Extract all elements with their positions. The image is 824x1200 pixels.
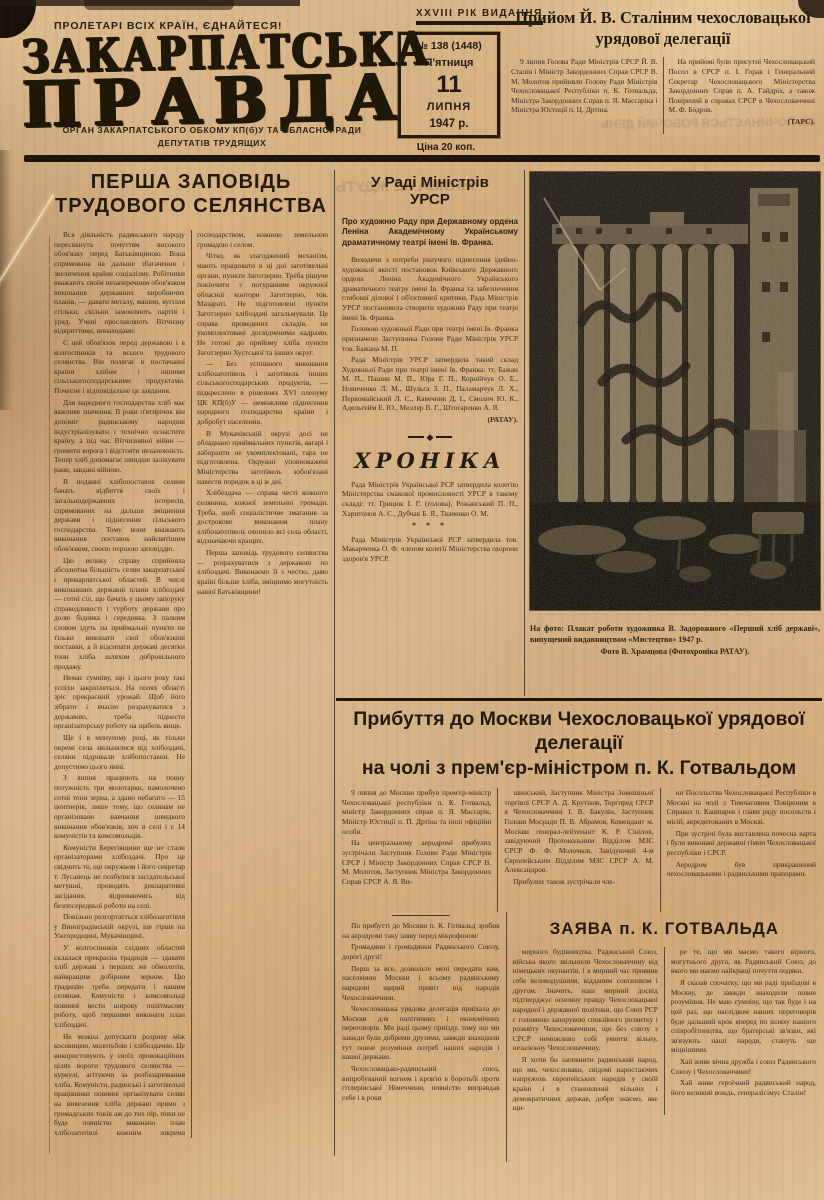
arrival-title-line2: на чолі з прем'єр-міністром п. К. Готвал…	[336, 756, 822, 780]
council-title-line1: У Раді Міністрів	[342, 174, 518, 191]
first-commandment-article: ПЕРША ЗАПОВІДЬ ТРУДОВОГО СЕЛЯНСТВА Вся д…	[54, 170, 328, 1138]
organ-line-2: ДЕПУТАТІВ ТРУДЯЩИХ	[26, 137, 398, 150]
paragraph: Громадяни і громадянки Радянського Союзу…	[342, 942, 500, 961]
left-article-title: ПЕРША ЗАПОВІДЬ ТРУДОВОГО СЕЛЯНСТВА	[54, 170, 328, 218]
chronicle-title: ХРОНІКА	[342, 448, 518, 473]
issue-year: 1947 р.	[430, 118, 469, 130]
short-divider-rule	[392, 915, 450, 916]
photo-caption: На фото: Плакат роботи художника В. Задо…	[530, 623, 820, 645]
paragraph: 9 липня до Москви прибув прем'єр-міністр…	[342, 788, 491, 836]
source-credit: (ТАРС).	[669, 117, 816, 127]
arrival-body: 9 липня до Москви прибув прем'єр-міністр…	[336, 788, 822, 912]
newspaper-page: ЖНИВА НЕ ЖДУТЬ ЯК ПОЧИНАЄТЬСЯ РОБОЧИЙ ДЕ…	[0, 0, 824, 1200]
reception-title-line2: урядової делегації	[506, 29, 820, 50]
reception-column-1: 9 липня Голова Ради Міністрів СРСР Й. В.…	[506, 57, 663, 134]
paragraph: Чехословацько-радянський союз, випробува…	[342, 1064, 500, 1103]
reception-body: 9 липня Голова Ради Міністрів СРСР Й. В.…	[506, 57, 820, 134]
chronicle-item: Рада Міністрів Української РСР затвердил…	[342, 480, 518, 519]
paragraph: мирного будівництва. Радянський Союз, ві…	[513, 947, 658, 1053]
paragraph: Головою художньої Ради при театрі імені …	[342, 324, 518, 353]
chronicle-item: Рада Міністрів Української РСР затвердил…	[342, 535, 518, 564]
statement-right-block: ЗАЯВА п. К. ГОТВАЛЬДА мирного будівництв…	[506, 912, 822, 1162]
paragraph: Аеродром був прикрашений чехословацькими…	[667, 860, 816, 879]
paragraph: Чехословацька урядова делегація приїхала…	[342, 1004, 500, 1062]
statement-column-1: По прибутті до Москви п. К. Готвальд зро…	[336, 912, 506, 1162]
arrival-title: Прибуття до Москви Чехословацької урядов…	[336, 707, 822, 780]
paragraph: Вся діяльність радянського народу переся…	[54, 230, 185, 336]
paragraph: Ще і в минулому році, як тільки окремі с…	[54, 733, 185, 772]
asterisk-separator: * * *	[342, 521, 518, 531]
issue-day: 11	[436, 74, 461, 96]
paragraph: шинський, Заступник Міністра Зовнішньої …	[504, 788, 653, 875]
arrival-column-1: 9 липня до Москви прибув прем'єр-міністр…	[336, 788, 497, 912]
paragraph: По прибутті до Москви п. К. Готвальд зро…	[342, 921, 500, 940]
column-rule	[524, 170, 525, 696]
paragraph: Перш за все, дозвольте мені передати вам…	[342, 964, 500, 1003]
paragraph: Немає сумніву, що і цього року такі успі…	[54, 673, 185, 731]
left-article-body: Вся діяльність радянського народу переся…	[54, 230, 328, 1138]
source-credit: (РАТАУ).	[342, 415, 518, 425]
reception-title-line1: Прийом Й. В. Сталіним чехословацької	[506, 8, 820, 29]
arrival-title-line1: Прибуття до Москви Чехословацької урядов…	[336, 707, 822, 756]
column-rule	[334, 170, 335, 1156]
edge-shadow-left	[0, 150, 12, 410]
reception-column-2: На прийомі були присутні Чехословацький …	[663, 57, 821, 134]
paragraph: Прибулих також зустрічали чле-	[504, 877, 653, 887]
statement-column-2: мирного будівництва. Радянський Союз, ві…	[507, 947, 664, 1115]
issue-weekday: П'ятниця	[425, 57, 474, 69]
photo-credit: Фото В. Храмцова (Фотохроніка РАТАУ).	[530, 647, 820, 656]
paragraph: Цю велику справу сприйняла абсолютна біл…	[54, 556, 185, 672]
issue-box: № 138 (1448) П'ятниця 11 липня 1947 р.	[398, 32, 500, 138]
paragraph: Повільно розгортається хлібозаготівля у …	[54, 912, 185, 941]
council-title-line2: УРСР	[342, 191, 518, 208]
issue-number: № 138 (1448)	[416, 40, 481, 52]
column-rule	[49, 236, 50, 1154]
paragraph: Хай живе героїчний радянський народ, йог…	[671, 1078, 816, 1097]
council-lead: Про художню Раду при Державному ордена Л…	[342, 217, 518, 249]
paragraph: Я хотів би запевнити радянський народ, щ…	[513, 1055, 658, 1113]
paragraph: Хлібоздача — справа честі кожного селяни…	[197, 488, 328, 546]
arrival-column-3: ни Посольства Чехословацької Республіки …	[660, 788, 822, 912]
arrival-article: Прибуття до Москви Чехословацької урядов…	[336, 698, 822, 1162]
left-article-title-line2: ТРУДОВОГО СЕЛЯНСТВА	[54, 194, 328, 218]
paragraph: 9 липня Голова Ради Міністрів СРСР Й. В.…	[511, 57, 658, 115]
paragraph: Для народного господарства хліб має важл…	[54, 398, 185, 475]
paragraph: Я сказав спочатку, що ми раді приїздові …	[671, 978, 816, 1055]
chronicle-body: Рада Міністрів Української РСР затвердил…	[342, 480, 518, 564]
reception-article: Прийом Й. В. Сталіним чехословацької уря…	[506, 8, 820, 134]
paragraph: ре те, що ми маємо такого вірного, могут…	[671, 947, 816, 976]
photo-block: На фото: Плакат роботи художника В. Задо…	[530, 172, 820, 656]
statement-columns: мирного будівництва. Радянський Союз, ві…	[507, 947, 822, 1115]
organ-line: ОРГАН ЗАКАРПАТСЬКОГО ОБКОМУ КП(б)У ТА ОБ…	[26, 124, 398, 150]
paragraph: В поданні хлібопоставок селяни бачать ві…	[54, 477, 185, 554]
paragraph: Виходячи з потреби рішучого піднесення і…	[342, 255, 518, 322]
paragraph: На центральному аеродромі прибулих зустр…	[342, 838, 491, 886]
price: Ціна 20 коп.	[398, 142, 494, 153]
paragraph: — Без успішного виконання хлібозаготівел…	[197, 359, 328, 426]
paragraph: У колгоспників східних областей склалася…	[54, 943, 185, 1030]
fleuron-divider-icon: ◆	[342, 432, 518, 443]
reception-title: Прийом Й. В. Сталіним чехословацької уря…	[506, 8, 820, 49]
issue-month: липня	[427, 101, 471, 113]
statement-column-1-text: По прибутті до Москви п. К. Готвальд зро…	[342, 921, 500, 1102]
statement-article: По прибутті до Москви п. К. Готвальд зро…	[336, 912, 822, 1162]
paragraph: Комуністи Берегівщини ще не стали органі…	[54, 843, 185, 910]
paragraph: Є цей обов'язок перед державою і в колго…	[54, 338, 185, 396]
masthead-divider-rule	[24, 155, 820, 162]
left-article-title-line1: ПЕРША ЗАПОВІДЬ	[54, 170, 328, 194]
council-body: Виходячи з потреби рішучого піднесення і…	[342, 255, 518, 413]
council-of-ministers-article: У Раді Міністрів УРСР Про художню Раду п…	[342, 174, 518, 566]
edge-shadow-top-2	[84, 0, 234, 10]
paragraph: ни Посольства Чехословацької Республіки …	[667, 788, 816, 827]
statement-column-3: ре те, що ми маємо такого вірного, могут…	[664, 947, 822, 1115]
paragraph: Хай живе вічна дружба і союз Радянського…	[671, 1057, 816, 1076]
council-title: У Раді Міністрів УРСР	[342, 174, 518, 209]
paragraph: Чітко, як злагоджений механізм, мають пр…	[197, 251, 328, 357]
paragraph: В Мукачівській окрузі досі не обладнано …	[197, 429, 328, 487]
arrival-column-2: шинський, Заступник Міністра Зовнішньої …	[497, 788, 659, 912]
paragraph: На прийомі були присутні Чехословацький …	[669, 57, 816, 115]
paragraph: Рада Міністрів УРСР затвердила такий скл…	[342, 355, 518, 413]
organ-line-1: ОРГАН ЗАКАРПАТСЬКОГО ОБКОМУ КП(б)У ТА ОБ…	[26, 124, 398, 137]
poster-photo	[530, 172, 820, 610]
statement-title: ЗАЯВА п. К. ГОТВАЛЬДА	[507, 912, 822, 947]
paragraph: З липня працюють на повну потужність три…	[54, 773, 185, 840]
paragraph: Перша заповідь трудового селянства — роз…	[197, 548, 328, 596]
paragraph: При зустрічі була виставлена почесна вар…	[667, 829, 816, 858]
